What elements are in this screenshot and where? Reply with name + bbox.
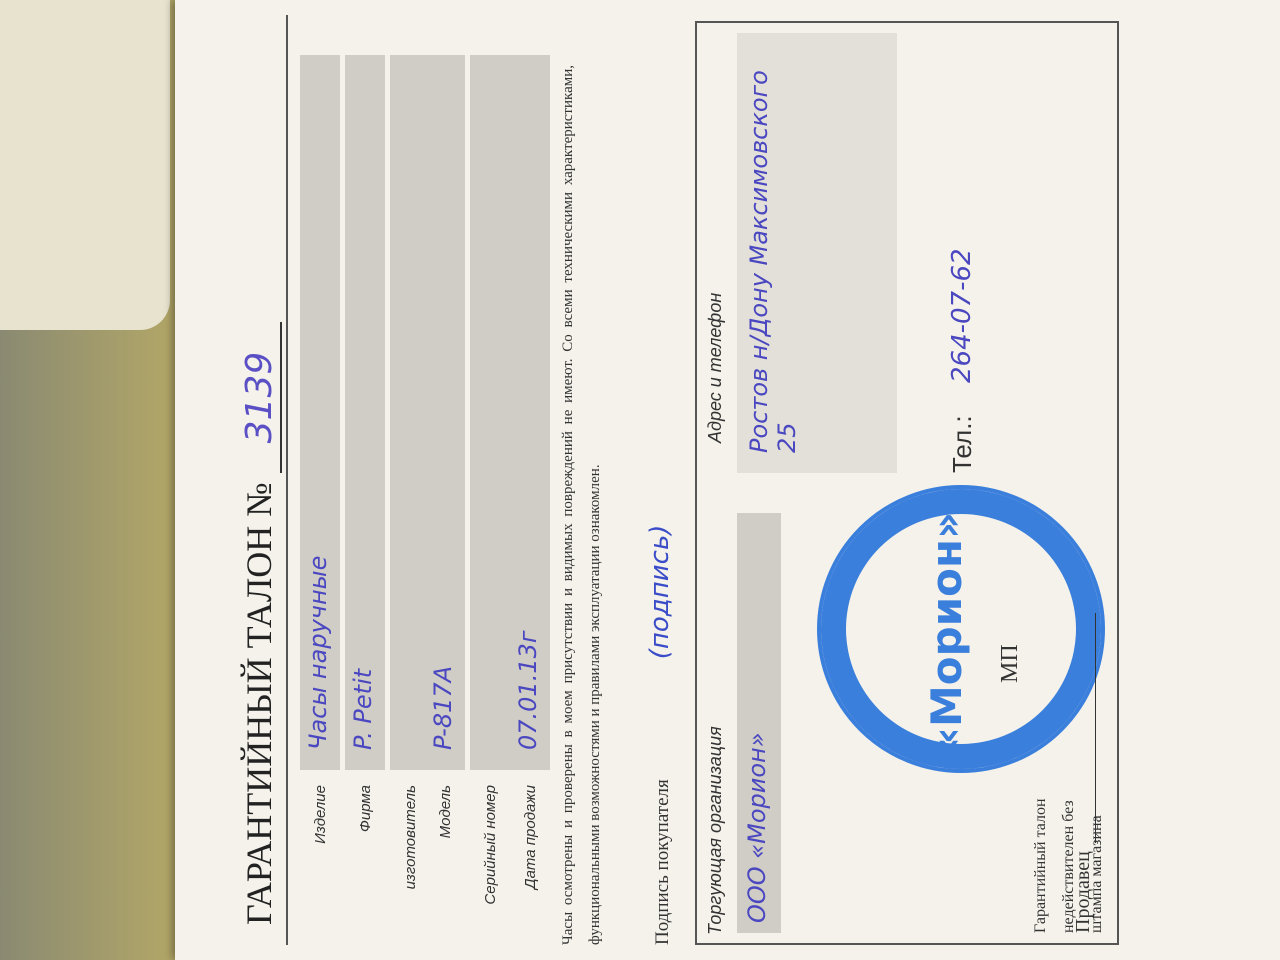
field-label: изготовитель (402, 785, 419, 945)
mp-label: МП (997, 644, 1024, 683)
note-line: Гарантийный талон (1027, 798, 1055, 933)
seller-signature-line (1095, 613, 1096, 843)
field-label: Фирма (357, 785, 374, 945)
warranty-card: ГАРАНТИЙНЫЙ ТАЛОН № 3139 ИзделиеЧасы нар… (200, 0, 1200, 955)
address-value: Ростов н/Дону Максимовского 25 (737, 33, 801, 473)
field-value: P. Petit (349, 669, 377, 750)
field-sale-date: Дата продажи07.01.13г (510, 45, 550, 945)
field-label: Серийный номер (482, 785, 499, 945)
field-product: ИзделиеЧасы наручные (300, 45, 340, 945)
field-serial: Серийный номер (470, 45, 510, 945)
field-label: Дата продажи (522, 785, 539, 945)
address-label: Адрес и телефон (705, 293, 726, 443)
tel-label: Тел.: (947, 415, 978, 473)
stamp-name: «Морион» (922, 503, 971, 763)
card-number: 3139 (239, 322, 282, 474)
field-label: Изделие (312, 785, 329, 945)
validity-note: Гарантийный талон недействителен без шта… (1027, 798, 1111, 933)
organization-box: Торгующая организация ООО «Морион» Адрес… (695, 21, 1119, 945)
field-value: 07.01.13г (514, 631, 542, 750)
tel-value: 264-07-62 (947, 248, 977, 383)
org-label: Торгующая организация (705, 726, 726, 935)
buyer-signature: (подпись) (645, 525, 675, 660)
title-text: ГАРАНТИЙНЫЙ ТАЛОН № (239, 482, 279, 925)
buyer-signature-label: Подпись покупателя (652, 779, 673, 945)
divider (286, 15, 288, 945)
notepad (0, 0, 170, 330)
card-title: ГАРАНТИЙНЫЙ ТАЛОН № 3139 (238, 322, 280, 925)
seller-label: Продавец (1072, 851, 1095, 933)
field-value: P-817A (429, 666, 457, 750)
buyer-signature-row: Подпись покупателя(подпись) (645, 525, 675, 945)
statement-text: Часы осмотрены и проверены в моем присут… (555, 65, 609, 945)
field-manufacturer: изготовитель (390, 45, 430, 945)
field-model: МодельP-817A (425, 45, 465, 945)
field-label: Модель (437, 785, 454, 945)
org-value: ООО «Морион» (743, 732, 771, 923)
field-brand: ФирмаP. Petit (345, 45, 385, 945)
field-value: Часы наручные (304, 556, 332, 750)
